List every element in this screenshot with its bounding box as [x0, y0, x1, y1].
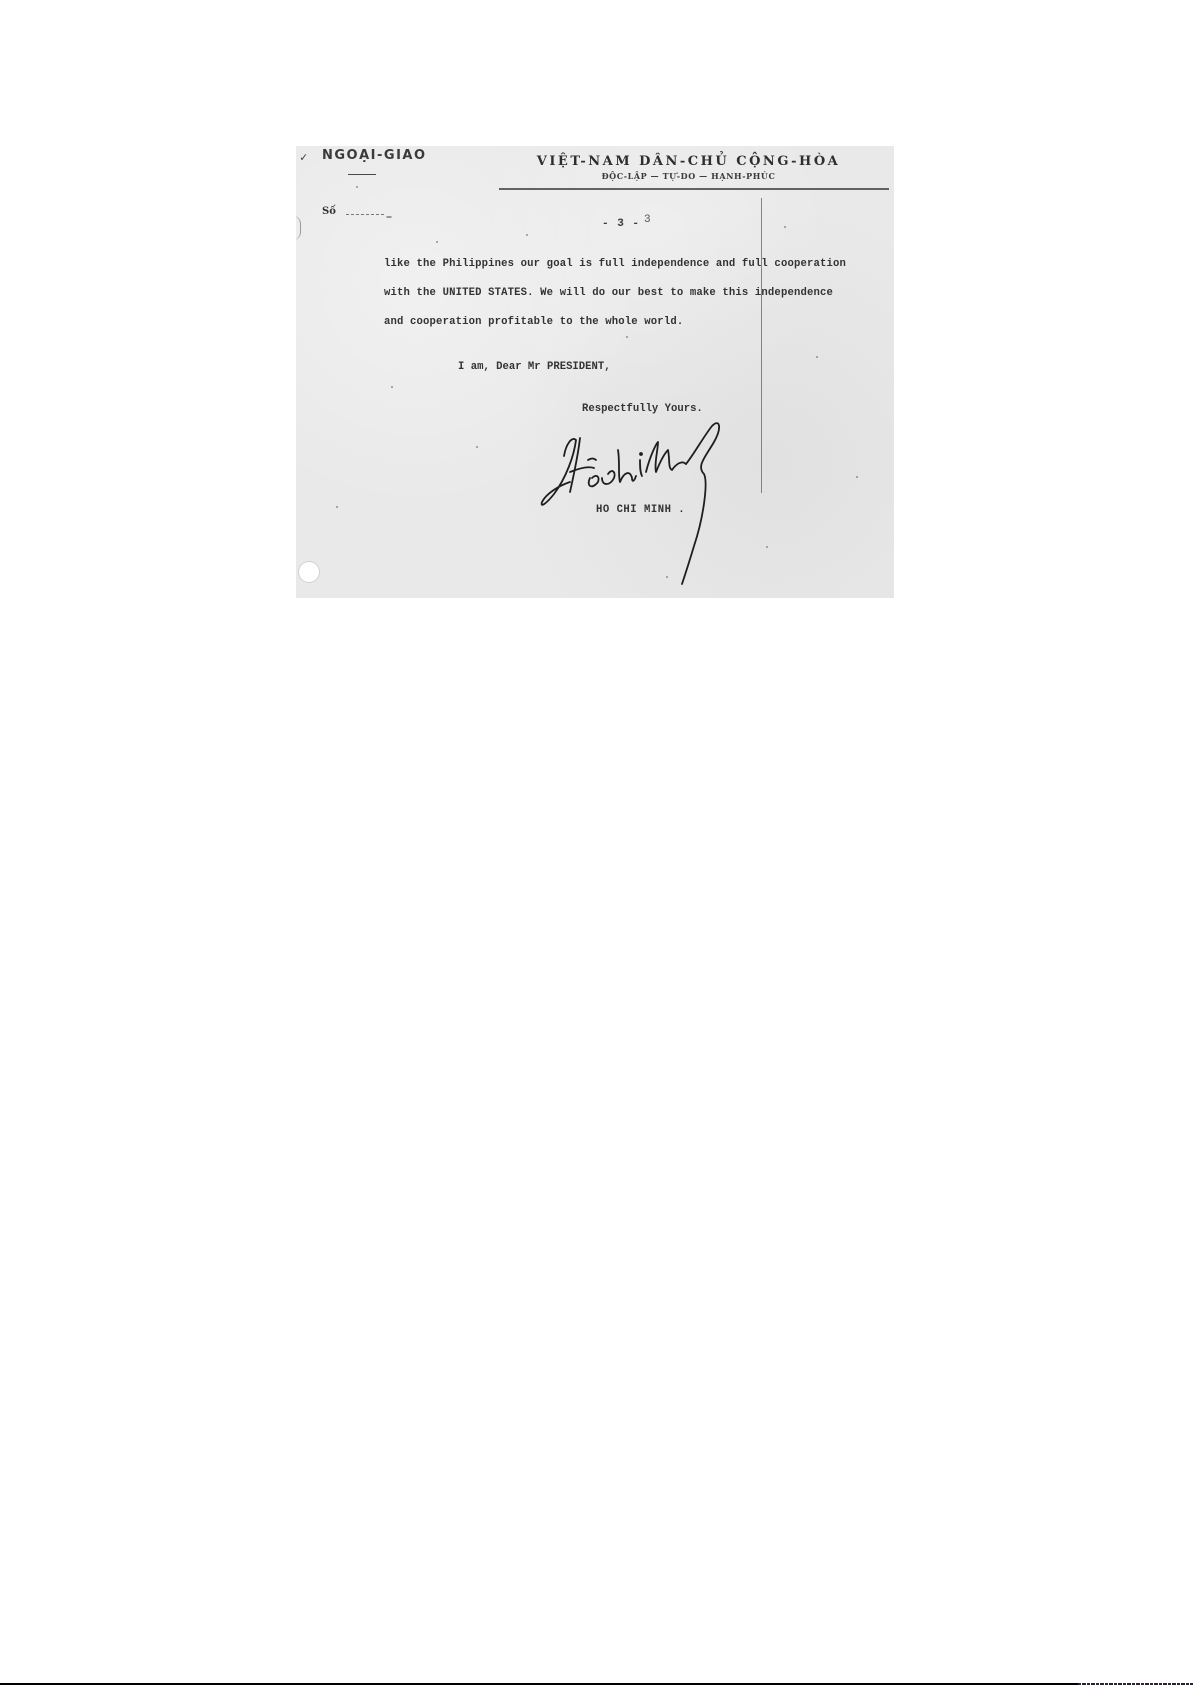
number-blank — [346, 214, 384, 215]
paper-speck — [526, 234, 528, 236]
country-name: VIỆT-NAM DÂN-CHỦ CỘNG-HÒA — [501, 154, 876, 169]
paper-speck — [391, 386, 393, 388]
letterhead: VIỆT-NAM DÂN-CHỦ CỘNG-HÒA ĐỘC-LẬP — TỰ-D… — [501, 154, 876, 181]
typed-signatory-name: HO CHI MINH . — [596, 504, 685, 516]
paper-speck — [816, 356, 818, 358]
paper-speck — [436, 241, 438, 243]
fold-line — [761, 198, 762, 493]
paper-speck — [476, 446, 478, 448]
number-label: Số — [322, 206, 336, 217]
scanned-letter-image: ✓ NGOẠI-GIAO Số VIỆT-NAM DÂN-CHỦ CỘNG-HÒ… — [296, 146, 894, 598]
paper-edge-notch — [296, 216, 301, 240]
paper-speck — [626, 336, 628, 338]
motto: ĐỘC-LẬP — TỰ-DO — HẠNH-PHÚC — [501, 171, 876, 181]
check-mark-icon: ✓ — [300, 150, 307, 165]
paper-speck — [784, 226, 786, 228]
page-marker-annotation: 3 — [644, 214, 651, 226]
paper-speck — [766, 546, 768, 548]
department-name: NGOẠI-GIAO — [322, 148, 427, 163]
page-marker: - 3 - — [602, 218, 640, 230]
body-line: like the Philippines our goal is full in… — [384, 258, 846, 270]
body-line: and cooperation profitable to the whole … — [384, 316, 683, 328]
letterhead-rule — [499, 188, 889, 190]
document-page: ✓ NGOẠI-GIAO Số VIỆT-NAM DÂN-CHỦ CỘNG-HÒ… — [0, 0, 1193, 1685]
paper-speck — [386, 216, 392, 218]
paper-speck — [356, 186, 358, 188]
department-rule — [348, 174, 376, 175]
valediction: Respectfully Yours. — [582, 403, 703, 415]
paper-speck — [856, 476, 858, 478]
body-line: with the UNITED STATES. We will do our b… — [384, 287, 833, 299]
punch-hole — [298, 561, 320, 583]
paper-speck — [336, 506, 338, 508]
closing-line: I am, Dear Mr PRESIDENT, — [458, 361, 611, 373]
